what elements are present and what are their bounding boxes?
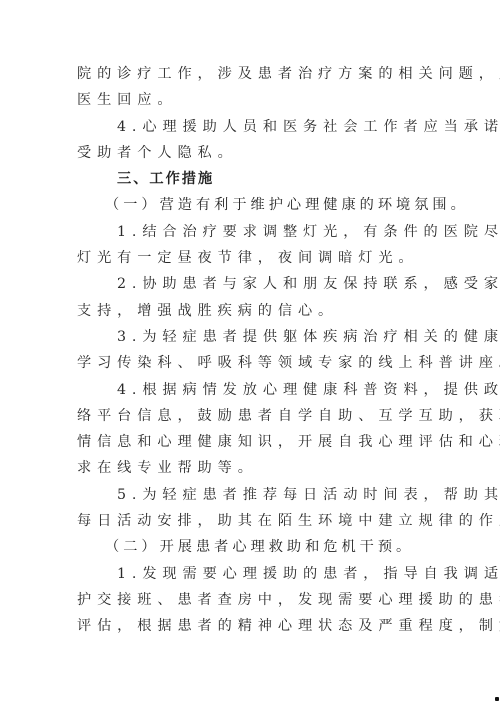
- list-item-line: 支持，增强战胜疾病的信心。: [77, 298, 425, 324]
- list-item-line: 3.为轻症患者提供躯体疾病治疗相关的健康教育，组织: [77, 324, 425, 350]
- page-mark-dot: [495, 697, 499, 701]
- list-item-line: 护交接班、患者查房中，发现需要心理援助的患者进行心理: [77, 587, 425, 613]
- list-item-line: 1.发现需要心理援助的患者，指导自我调适。在参加医: [77, 561, 425, 587]
- paragraph-line: 医生回应。: [77, 87, 425, 113]
- list-item-line: 灯光有一定昼夜节律，夜间调暗灯光。: [77, 245, 425, 271]
- list-item-line: 求在线专业帮助等。: [77, 455, 425, 481]
- list-item-line: 2.协助患者与家人和朋友保持联系，感受家庭和社会的: [77, 271, 425, 297]
- list-item-line: 评估，根据患者的精神心理状态及严重程度，制定针对性干: [77, 613, 425, 639]
- list-item-line: 每日活动安排，助其在陌生环境中建立规律的作息习惯。: [77, 508, 425, 534]
- document-page: 院的诊疗工作，涉及患者治疗方案的相关问题，应当由管床 医生回应。 4.心理援助人…: [77, 61, 425, 640]
- list-item-line: 5.为轻症患者推荐每日活动时间表，帮助其制订有序的: [77, 482, 425, 508]
- paragraph-line: 受助者个人隐私。: [77, 140, 425, 166]
- paragraph-line: 院的诊疗工作，涉及患者治疗方案的相关问题，应当由管床: [77, 61, 425, 87]
- list-item-line: 4.根据病情发放心理健康科普资料，提供政府推荐的网: [77, 377, 425, 403]
- list-item-line: 情信息和心理健康知识，开展自我心理评估和心理调适，寻: [77, 429, 425, 455]
- list-item-line: 学习传染科、呼吸科等领域专家的线上科普讲座。: [77, 350, 425, 376]
- section-heading: 三、工作措施: [77, 166, 425, 192]
- subsection-heading-2: （二）开展患者心理救助和危机干预。: [77, 534, 425, 560]
- list-item-line: 1.结合治疗要求调整灯光，有条件的医院尽量保持病区: [77, 219, 425, 245]
- list-item-line: 络平台信息，鼓励患者自学自助、互学互助，获取科学的疫: [77, 403, 425, 429]
- subsection-heading-1: （一）营造有利于维护心理健康的环境氛围。: [77, 192, 425, 218]
- paragraph-line: 4.心理援助人员和医务社会工作者应当承诺严格保护: [77, 114, 425, 140]
